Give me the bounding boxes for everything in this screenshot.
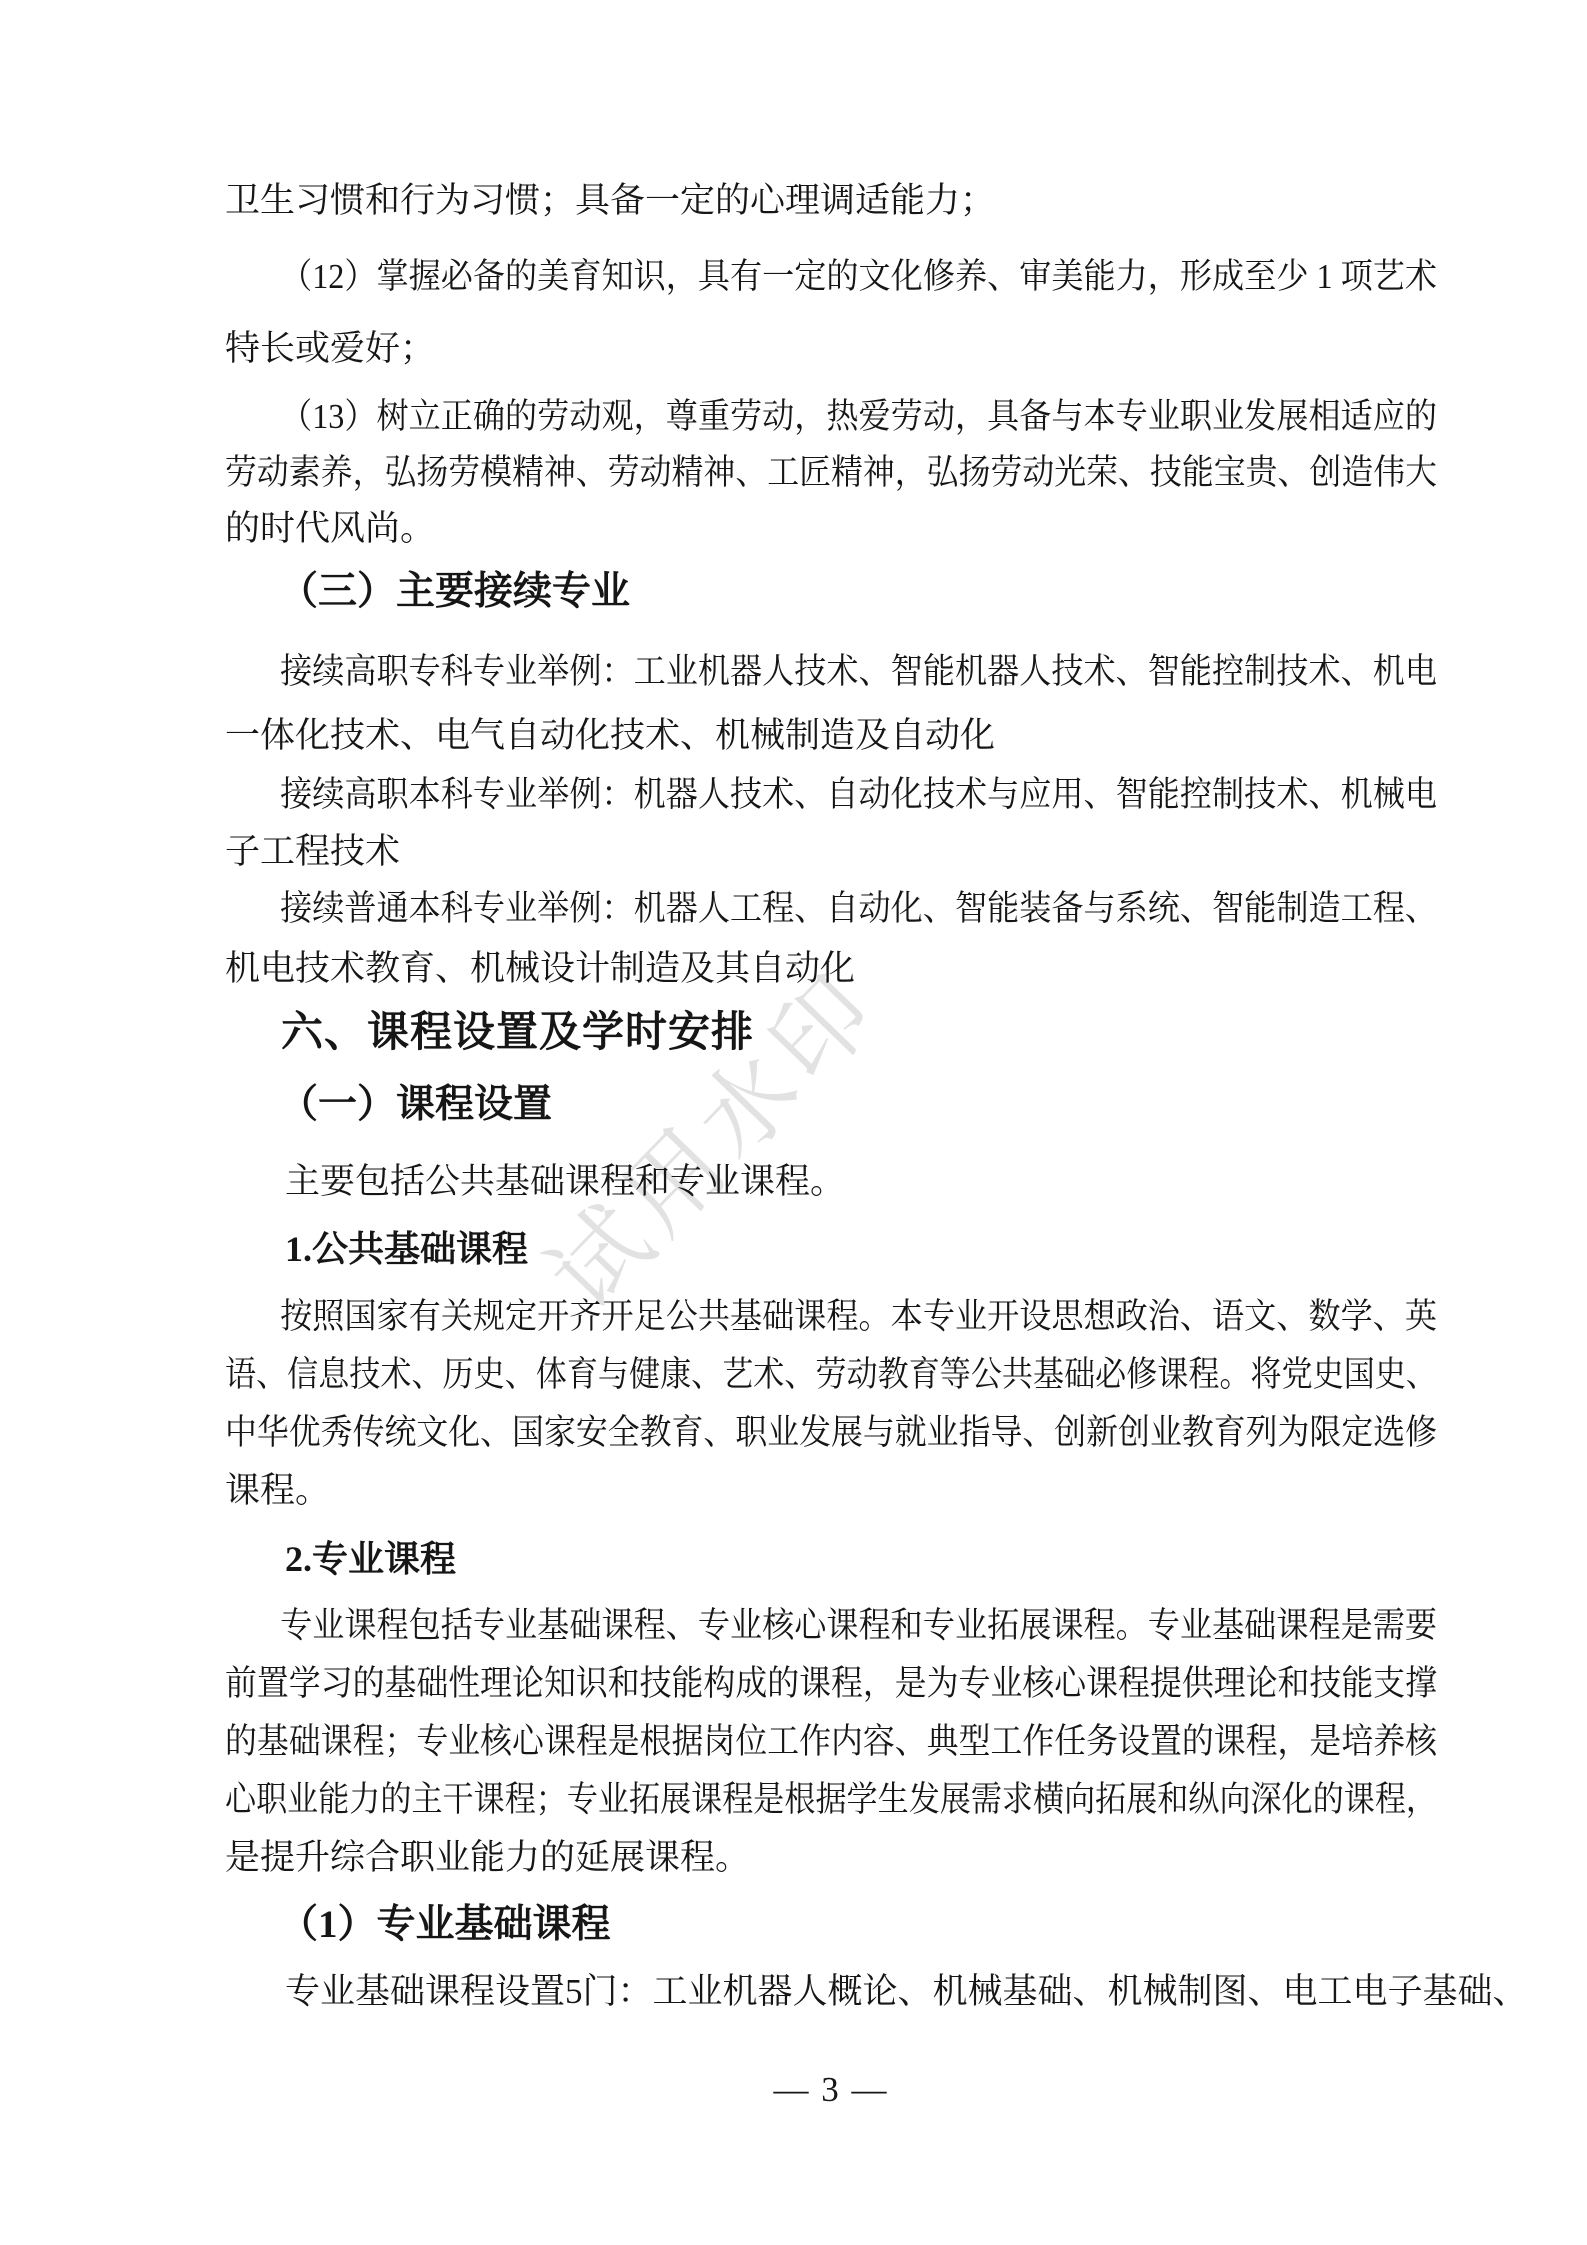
- paragraph: 接续普通本科专业举例：机器人工程、自动化、智能装备与系统、智能制造工程、机电技术…: [225, 879, 1437, 999]
- text-line: （三）主要接续专业: [225, 563, 1437, 621]
- paragraph: 卫生习惯和行为习惯；具备一定的心理调适能力；: [225, 164, 1437, 237]
- text-line: 劳动素养，弘扬劳模精神、劳动精神、工匠精神，弘扬劳动光荣、技能宝贵、创造伟大: [225, 445, 1329, 501]
- paragraph: 专业基础课程设置5门：工业机器人概论、机械基础、机械制图、电工电子基础、: [225, 1964, 1437, 2020]
- section-heading: 2.专业课程: [225, 1531, 1437, 1587]
- page-number: — 3 —: [225, 2068, 1437, 2112]
- text-line: 的时代风尚。: [225, 501, 1437, 557]
- text-line: 2.专业课程: [225, 1531, 1437, 1587]
- section-heading: 1.公共基础课程: [225, 1221, 1437, 1277]
- text-line: 接续高职本科专业举例：机器人技术、自动化技术与应用、智能控制技术、机械电: [225, 766, 1338, 823]
- text-line: （13）树立正确的劳动观，尊重劳动，热爱劳动，具备与本专业职业发展相适应的: [225, 389, 1338, 445]
- paragraph: （13）树立正确的劳动观，尊重劳动，热爱劳动，具备与本专业职业发展相适应的劳动素…: [225, 389, 1437, 557]
- text-line: 中华优秀传统文化、国家安全教育、职业发展与就业指导、创新创业教育列为限定选修: [225, 1404, 1329, 1462]
- section-heading: （三）主要接续专业: [225, 563, 1437, 621]
- text-line: 主要包括公共基础课程和专业课程。: [225, 1154, 1437, 1210]
- text-line: 的基础课程；专业核心课程是根据岗位工作内容、典型工作任务设置的课程，是培养核: [225, 1713, 1329, 1771]
- text-line: 心职业能力的主干课程；专业拓展课程是根据学生发展需求横向拓展和纵向深化的课程，: [225, 1771, 1301, 1829]
- paragraph: 按照国家有关规定开齐开足公共基础课程。本专业开设思想政治、语文、数学、英语、信息…: [225, 1288, 1437, 1520]
- text-line: （12）掌握必备的美育知识，具有一定的文化修养、审美能力，形成至少 1 项艺术: [225, 241, 1338, 313]
- text-line: 前置学习的基础性理论知识和技能构成的课程，是为专业核心课程提供理论和技能支撑: [225, 1655, 1329, 1713]
- section-heading: （1）专业基础课程: [225, 1896, 1437, 1954]
- paragraph: （12）掌握必备的美育知识，具有一定的文化修养、审美能力，形成至少 1 项艺术特…: [225, 241, 1437, 385]
- paragraph: 接续高职本科专业举例：机器人技术、自动化技术与应用、智能控制技术、机械电子工程技…: [225, 766, 1437, 880]
- text-line: 一体化技术、电气自动化技术、机械制造及自动化: [225, 704, 1437, 768]
- text-line: 接续高职专科专业举例：工业机器人技术、智能机器人技术、智能控制技术、机电: [225, 640, 1338, 704]
- text-line: 语、信息技术、历史、体育与健康、艺术、劳动教育等公共基础必修课程。将党史国史、: [225, 1346, 1301, 1404]
- text-line: 课程。: [225, 1462, 1437, 1520]
- text-line: 特长或爱好；: [225, 313, 1437, 385]
- paragraph: 主要包括公共基础课程和专业课程。: [225, 1154, 1437, 1210]
- document-page: 试用水印 卫生习惯和行为习惯；具备一定的心理调适能力；（12）掌握必备的美育知识…: [0, 0, 1587, 2245]
- section-heading: （一）课程设置: [225, 1076, 1437, 1134]
- text-line: 按照国家有关规定开齐开足公共基础课程。本专业开设思想政治、语文、数学、英: [225, 1288, 1338, 1346]
- text-line: 卫生习惯和行为习惯；具备一定的心理调适能力；: [225, 164, 1437, 237]
- document-content: 卫生习惯和行为习惯；具备一定的心理调适能力；（12）掌握必备的美育知识，具有一定…: [225, 0, 1437, 2245]
- text-line: 六、课程设置及学时安排: [225, 1003, 1437, 1061]
- text-line: （1）专业基础课程: [225, 1896, 1437, 1954]
- text-line: （一）课程设置: [225, 1076, 1437, 1134]
- section-heading: 六、课程设置及学时安排: [225, 1003, 1437, 1061]
- text-line: 专业基础课程设置5门：工业机器人概论、机械基础、机械制图、电工电子基础、: [225, 1964, 1437, 2020]
- text-line: 专业课程包括专业基础课程、专业核心课程和专业拓展课程。专业基础课程是需要: [225, 1597, 1338, 1655]
- text-line: 机电技术教育、机械设计制造及其自动化: [225, 939, 1437, 999]
- text-line: 是提升综合职业能力的延展课程。: [225, 1829, 1437, 1887]
- text-line: 接续普通本科专业举例：机器人工程、自动化、智能装备与系统、智能制造工程、: [225, 879, 1338, 939]
- paragraph: 专业课程包括专业基础课程、专业核心课程和专业拓展课程。专业基础课程是需要前置学习…: [225, 1597, 1437, 1887]
- text-line: 1.公共基础课程: [225, 1221, 1437, 1277]
- text-line: 子工程技术: [225, 823, 1437, 880]
- paragraph: 接续高职专科专业举例：工业机器人技术、智能机器人技术、智能控制技术、机电一体化技…: [225, 640, 1437, 768]
